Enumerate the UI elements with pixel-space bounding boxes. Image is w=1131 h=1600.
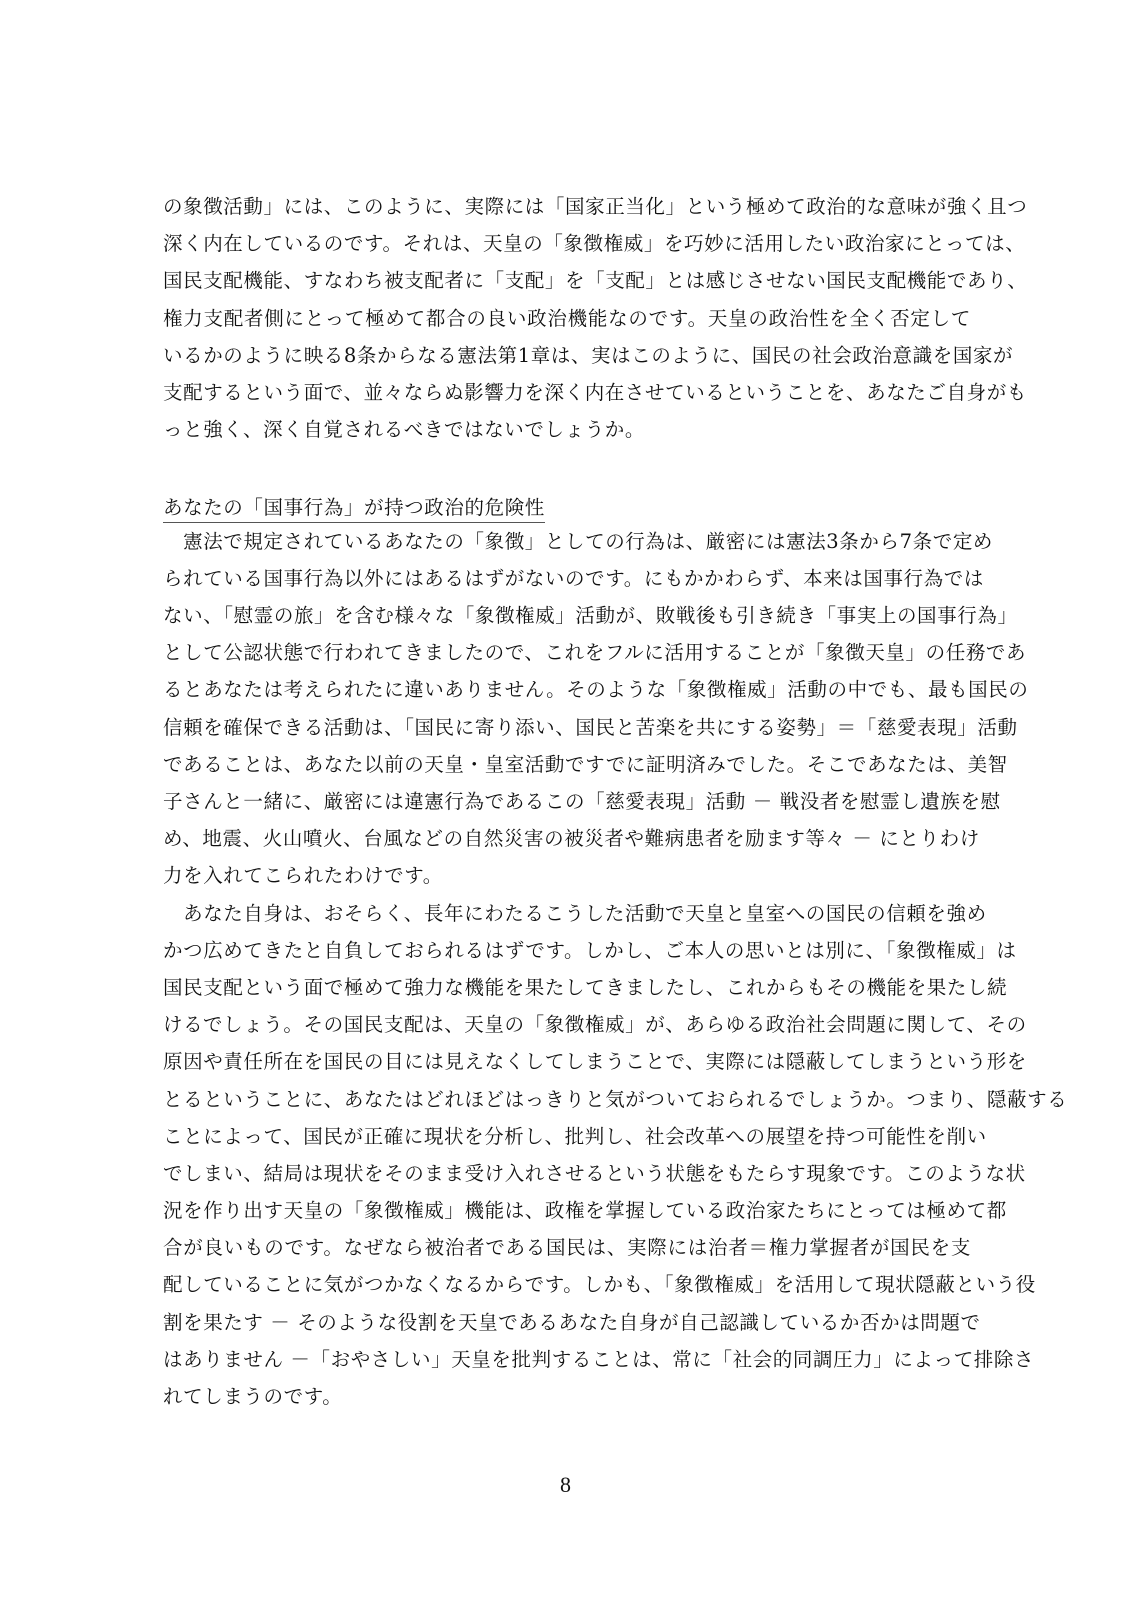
text-line: であることは、あなた以前の天皇・皇室活動ですでに証明済みでした。そこであなたは、… xyxy=(163,746,971,783)
text-line: 子さんと一緒に、厳密には違憲行為であるこの「慈愛表現」活動 － 戦没者を慰霊し遺… xyxy=(163,783,971,820)
text-line: 権力支配者側にとって極めて都合の良い政治機能なのです。天皇の政治性を全く否定して xyxy=(163,300,971,337)
paragraph-continuation: の象徴活動」には、このように、実際には「国家正当化」という極めて政治的な意味が強… xyxy=(163,188,971,448)
page-number: 8 xyxy=(0,1472,1131,1498)
text-line: とるということに、あなたはどれほどはっきりと気がついておられるでしょうか。つまり… xyxy=(163,1081,971,1118)
text-line: けるでしょう。その国民支配は、天皇の「象徴権威」が、あらゆる政治社会問題に関して… xyxy=(163,1006,971,1043)
document-page: の象徴活動」には、このように、実際には「国家正当化」という極めて政治的な意味が強… xyxy=(0,0,1131,1600)
text-line: 国民支配という面で極めて強力な機能を果たしてきましたし、これからもその機能を果た… xyxy=(163,969,971,1006)
text-line: 信頼を確保できる活動は、「国民に寄り添い、国民と苦楽を共にする姿勢」＝「慈愛表現… xyxy=(163,709,971,746)
paragraph-spacer xyxy=(163,448,971,485)
text-line: られている国事行為以外にはあるはずがないのです。にもかかわらず、本来は国事行為で… xyxy=(163,560,971,597)
text-line: 支配するという面で、並々ならぬ影響力を深く内在させているということを、あなたご自… xyxy=(163,374,971,411)
text-line: ない、「慰霊の旅」を含む様々な「象徴権威」活動が、敗戦後も引き続き「事実上の国事… xyxy=(163,597,971,634)
text-line: 配していることに気がつかなくなるからです。しかも、「象徴権威」を活用して現状隠蔽… xyxy=(163,1266,971,1303)
text-line: はありません －「おやさしい」天皇を批判することは、常に「社会的同調圧力」によっ… xyxy=(163,1341,971,1378)
paragraph: 憲法で規定されているあなたの「象徴」としての行為は、厳密には憲法3条から7条で定… xyxy=(163,523,971,895)
text-line: 況を作り出す天皇の「象徴権威」機能は、政権を掌握している政治家たちにとっては極め… xyxy=(163,1192,971,1229)
text-line: の象徴活動」には、このように、実際には「国家正当化」という極めて政治的な意味が強… xyxy=(163,188,971,225)
text-line: いるかのように映る8条からなる憲法第1章は、実はこのように、国民の社会政治意識を… xyxy=(163,337,971,374)
paragraph: あなた自身は、おそらく、長年にわたるこうした活動で天皇と皇室への国民の信頼を強め… xyxy=(163,895,971,1416)
body-text: の象徴活動」には、このように、実際には「国家正当化」という極めて政治的な意味が強… xyxy=(163,188,971,1415)
text-line: ことによって、国民が正確に現状を分析し、批判し、社会改革への展望を持つ可能性を削… xyxy=(163,1118,971,1155)
text-line: 合が良いものです。なぜなら被治者である国民は、実際には治者＝権力掌握者が国民を支 xyxy=(163,1229,971,1266)
text-line: め、地震、火山噴火、台風などの自然災害の被災者や難病患者を励ます等々 － にとり… xyxy=(163,820,971,857)
text-line: 原因や責任所在を国民の目には見えなくしてしまうことで、実際には隠蔽してしまうとい… xyxy=(163,1043,971,1080)
text-line: あなた自身は、おそらく、長年にわたるこうした活動で天皇と皇室への国民の信頼を強め xyxy=(163,895,971,932)
section-heading-row: あなたの「国事行為」が持つ政治的危険性 xyxy=(163,486,971,523)
text-line: 割を果たす － そのような役割を天皇であるあなた自身が自己認識しているか否かは問… xyxy=(163,1304,971,1341)
text-line: 国民支配機能、すなわち被支配者に「支配」を「支配」とは感じさせない国民支配機能で… xyxy=(163,262,971,299)
text-line: 憲法で規定されているあなたの「象徴」としての行為は、厳密には憲法3条から7条で定… xyxy=(163,523,971,560)
text-line: でしまい、結局は現状をそのまま受け入れさせるという状態をもたらす現象です。このよ… xyxy=(163,1155,971,1192)
text-line: るとあなたは考えられたに違いありません。そのような「象徴権威」活動の中でも、最も… xyxy=(163,671,971,708)
text-line: っと強く、深く自覚されるべきではないでしょうか。 xyxy=(163,411,971,448)
text-line: れてしまうのです。 xyxy=(163,1378,971,1415)
text-line: かつ広めてきたと自負しておられるはずです。しかし、ご本人の思いとは別に、「象徴権… xyxy=(163,932,971,969)
text-line: 力を入れてこられたわけです。 xyxy=(163,857,971,894)
text-line: として公認状態で行われてきましたので、これをフルに活用することが「象徴天皇」の任… xyxy=(163,634,971,671)
section-heading: あなたの「国事行為」が持つ政治的危険性 xyxy=(163,495,545,523)
text-line: 深く内在しているのです。それは、天皇の「象徴権威」を巧妙に活用したい政治家にとっ… xyxy=(163,225,971,262)
